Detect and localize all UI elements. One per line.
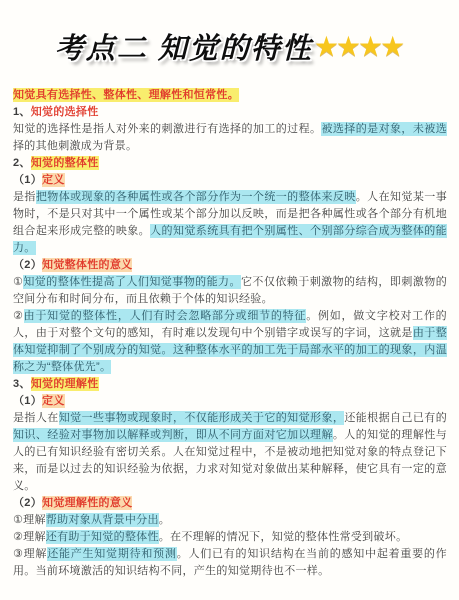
text-segment: 帮助对象从背景中分出	[46, 513, 159, 527]
text-segment: 知觉整体性的意义	[42, 258, 132, 272]
text-paragraph: 知觉具有选择性、整体性、理解性和恒常性。	[13, 87, 447, 104]
text-segment: （1）	[13, 395, 42, 407]
title-stars: ★★★★	[317, 33, 405, 61]
text-segment: 还能产生知觉期待和预测	[47, 547, 177, 561]
text-segment: 知觉的选择性	[31, 106, 99, 118]
heading-line: （2）知觉整体性的意义	[13, 257, 447, 274]
text-segment: 由于知觉的整体性，人们有时会忽略部分或细节的特征	[24, 309, 307, 323]
page-title: 考点二 知觉的特性	[55, 26, 313, 67]
text-segment: 知识、经验对事物加以解释或判断，即从不同方面对它加以理解	[13, 428, 333, 442]
text-segment: ①理解	[13, 514, 46, 526]
heading-line: （2）知觉理解性的意义	[13, 495, 447, 512]
text-segment: 定义	[42, 394, 65, 408]
heading-line: 3、知觉的理解性	[13, 376, 447, 393]
text-segment: 知觉的选择性是指人对外来的刺激进行有选择的加工的过程。	[13, 123, 321, 135]
text-segment: 知觉理解性的意义	[42, 496, 132, 510]
text-segment: ②理解	[13, 531, 46, 543]
text-paragraph: ③理解还能产生知觉期待和预测。人们已有的知识结构在当前的感知中起着重要的作用。当…	[13, 546, 447, 580]
text-segment: 还能根据自己已有的	[344, 412, 447, 424]
text-segment: 1、	[13, 106, 31, 118]
text-paragraph: 是指人在知觉一些事物或现象时，不仅能形成关于它的知觉形象，还能根据自己已有的知识…	[13, 410, 447, 495]
text-paragraph: 知觉的选择性是指人对外来的刺激进行有选择的加工的过程。被选择的是对象，未被选择的…	[13, 121, 447, 155]
text-segment: 把物体或现象的各种属性或各个部分作为一个统一的整体来反映	[36, 190, 356, 204]
title-row: 考点二 知觉的特性 ★★★★	[13, 26, 447, 67]
text-segment: （1）	[13, 174, 42, 186]
text-segment: 。在不理解的情况下，知觉的整体性常受到破坏。	[159, 531, 408, 543]
text-segment: ②	[13, 310, 24, 322]
content: 知觉具有选择性、整体性、理解性和恒常性。1、知觉的选择性知觉的选择性是指人对外来…	[13, 87, 447, 580]
text-segment: 3、	[13, 378, 31, 390]
text-segment: ①	[13, 276, 23, 288]
text-segment: 是指	[13, 191, 36, 203]
text-segment: 知觉的整体性提高了人们知觉事物的能力。	[23, 275, 241, 289]
text-segment: 定义	[42, 173, 65, 187]
text-segment: （2）	[13, 497, 42, 509]
text-segment: 知觉的理解性	[31, 377, 99, 391]
text-segment: 。	[159, 514, 170, 526]
text-segment: 知觉的整体性	[31, 156, 99, 170]
text-segment: 还有助于知觉的整体性	[46, 530, 159, 544]
text-paragraph: ②理解还有助于知觉的整体性。在不理解的情况下，知觉的整体性常受到破坏。	[13, 529, 447, 546]
text-segment: 被选择的是对象，未被选	[321, 122, 447, 136]
text-segment: 择的其他刺激成为背景。	[13, 140, 137, 152]
heading-line: 2、知觉的整体性	[13, 155, 447, 172]
text-segment: ③理解	[13, 548, 47, 560]
text-segment: 知觉一些事物或现象时，不仅能形成关于它的知觉形象，	[59, 411, 345, 425]
text-segment: 是指人在	[13, 412, 59, 424]
text-paragraph: ①理解帮助对象从背景中分出。	[13, 512, 447, 529]
notes-page: 考点二 知觉的特性 ★★★★ 知觉具有选择性、整体性、理解性和恒常性。1、知觉的…	[0, 0, 459, 600]
text-paragraph: ①知觉的整体性提高了人们知觉事物的能力。它不仅依赖于刺激物的结构，即刺激物的空间…	[13, 274, 447, 308]
heading-line: 1、知觉的选择性	[13, 104, 447, 121]
heading-line: （1）定义	[13, 393, 447, 410]
heading-line: （1）定义	[13, 172, 447, 189]
text-paragraph: 是指把物体或现象的各种属性或各个部分作为一个统一的整体来反映。人在知觉某一事物时…	[13, 189, 447, 257]
text-segment: 知觉具有选择性、整体性、理解性和恒常性。	[13, 88, 239, 102]
text-segment: （2）	[13, 259, 42, 271]
text-paragraph: ②由于知觉的整体性，人们有时会忽略部分或细节的特征。例如，做文字校对工作的人，由…	[13, 308, 447, 376]
text-segment: 2、	[13, 157, 31, 169]
star-icon: ★	[380, 33, 405, 61]
